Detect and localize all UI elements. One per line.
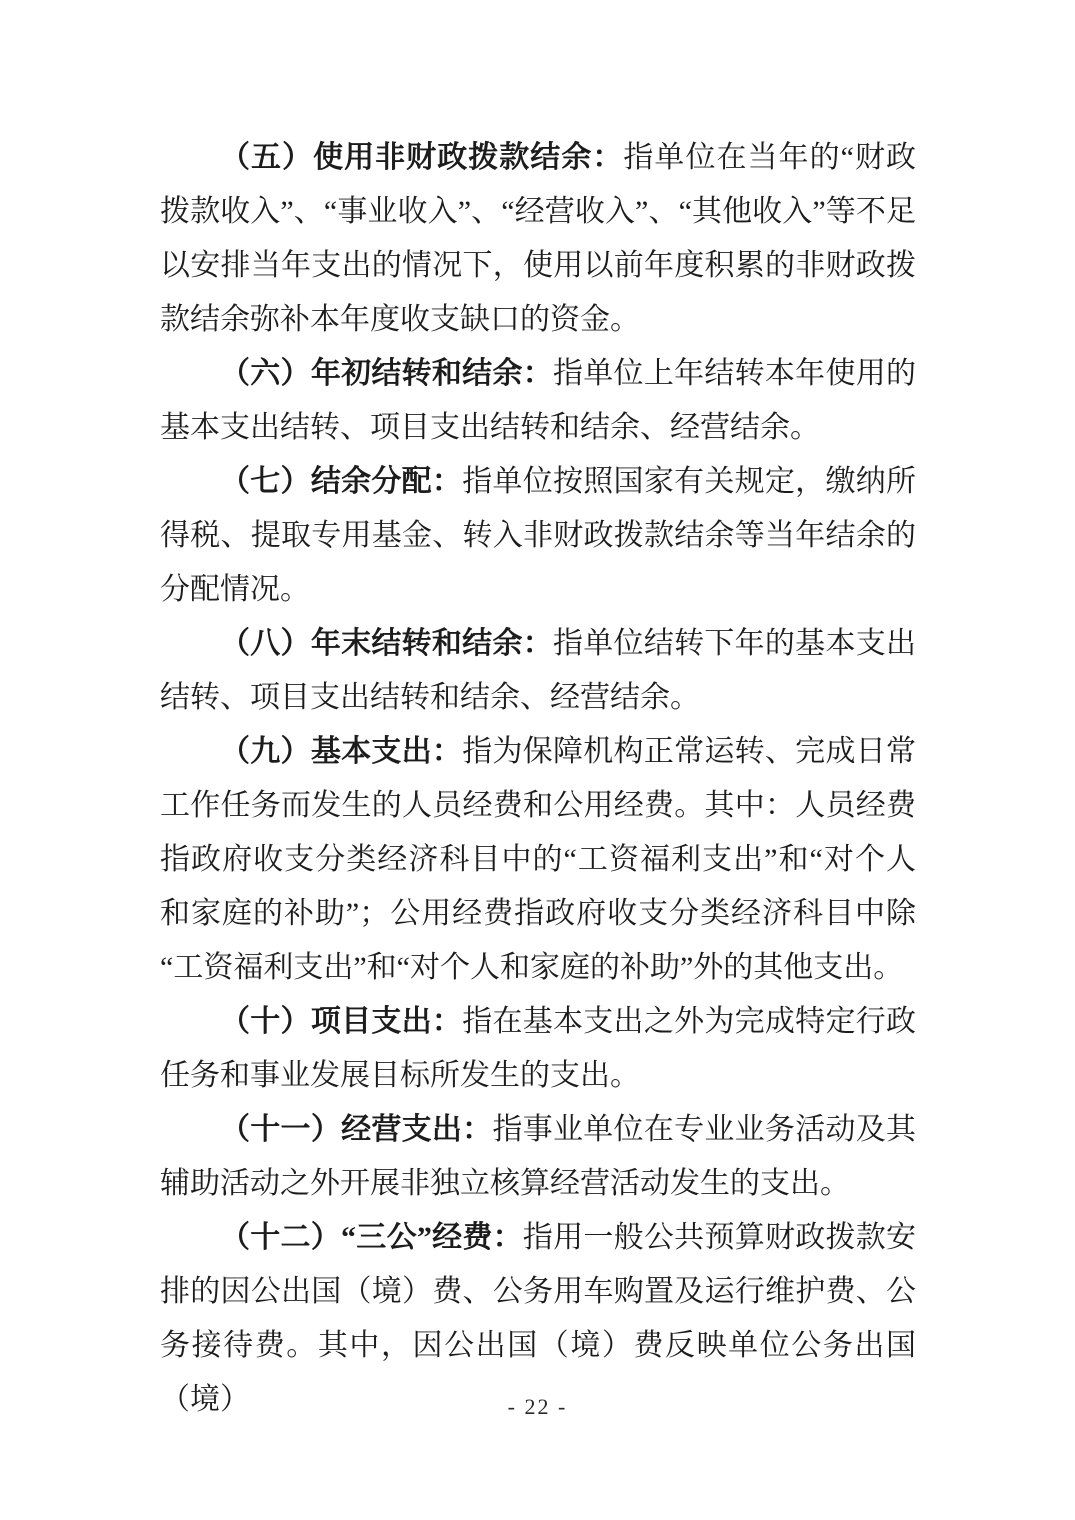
definition-paragraph: （五）使用非财政拨款结余：指单位在当年的“财政拨款收入”、“事业收入”、“经营收… [160,131,916,347]
document-body: （五）使用非财政拨款结余：指单位在当年的“财政拨款收入”、“事业收入”、“经营收… [160,131,916,1427]
definition-text: 指为保障机构正常运转、完成日常工作任务而发生的人员经费和公用经费。其中：人员经费… [160,735,916,984]
definition-term: （十一）经营支出： [220,1113,492,1146]
definition-term: （十）项目支出： [220,1005,462,1038]
definition-paragraph: （八）年末结转和结余：指单位结转下年的基本支出结转、项目支出结转和结余、经营结余… [160,617,916,725]
definition-paragraph: （六）年初结转和结余：指单位上年结转本年使用的基本支出结转、项目支出结转和结余、… [160,347,916,455]
definition-term: （十二）“三公”经费： [220,1221,523,1254]
definition-term: （六）年初结转和结余： [220,357,553,390]
page-footer: - 22 - [0,1392,1075,1422]
definition-paragraph: （十一）经营支出：指事业单位在专业业务活动及其辅助活动之外开展非独立核算经营活动… [160,1103,916,1211]
definition-paragraph: （九）基本支出：指为保障机构正常运转、完成日常工作任务而发生的人员经费和公用经费… [160,725,916,995]
definition-paragraph: （七）结余分配：指单位按照国家有关规定，缴纳所得税、提取专用基金、转入非财政拨款… [160,455,916,617]
definition-term: （五）使用非财政拨款结余： [220,141,623,174]
definition-term: （八）年末结转和结余： [220,627,553,660]
definition-term: （七）结余分配： [220,465,462,498]
document-page: （五）使用非财政拨款结余：指单位在当年的“财政拨款收入”、“事业收入”、“经营收… [0,0,1075,1520]
page-number: - 22 - [508,1394,568,1419]
definition-term: （九）基本支出： [220,735,462,768]
definition-paragraph: （十）项目支出：指在基本支出之外为完成特定行政任务和事业发展目标所发生的支出。 [160,995,916,1103]
